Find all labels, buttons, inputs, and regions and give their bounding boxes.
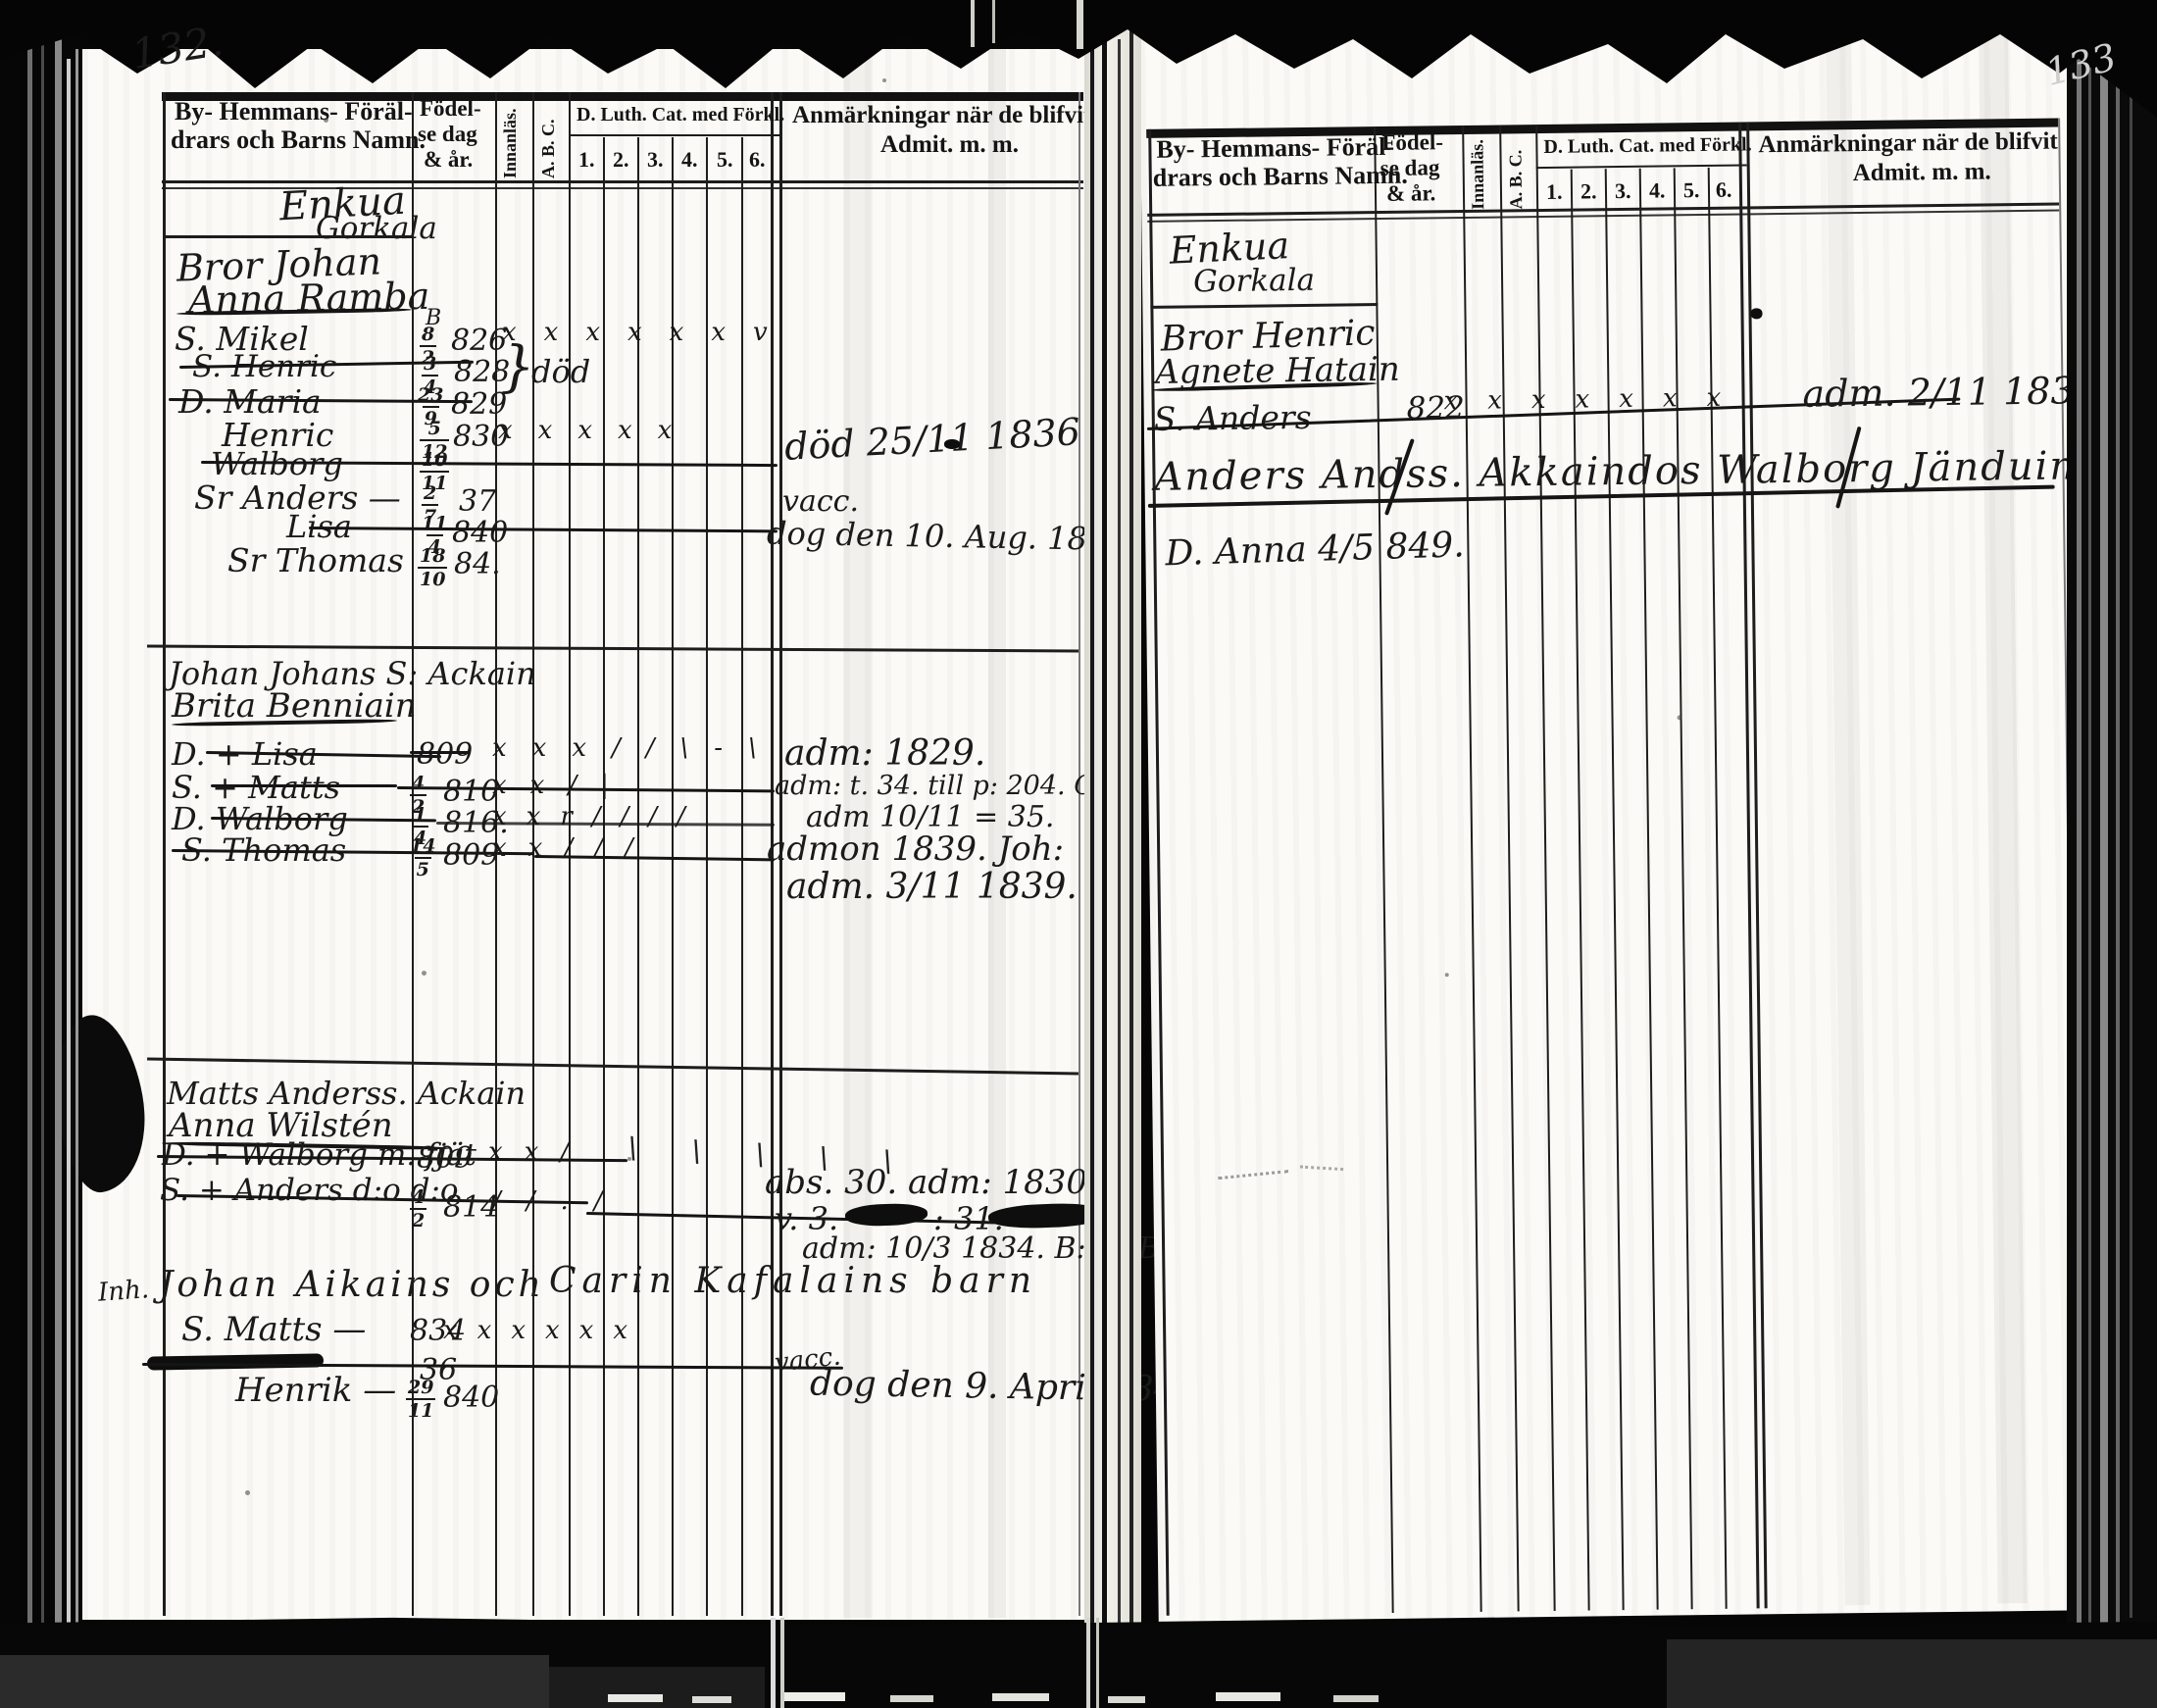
col-header-birth: se dag [418, 122, 477, 147]
annotation: adm: t. 34. till p: 204. C.B: [775, 771, 1129, 801]
catechism-marks: xx/ [488, 1137, 590, 1167]
child-name: S. Anders [1154, 398, 1312, 438]
top-gutter-streak [1077, 0, 1083, 49]
col-header-names: drars och Barns Namn. [1153, 161, 1408, 193]
cat-label-rule [569, 134, 779, 136]
right-page: By- Hemmans- Föräl- drars och Barns Namn… [1139, 24, 2088, 1621]
child-name: Sr Thomas [227, 541, 404, 579]
death-note: död [531, 353, 590, 390]
birth-year: 809 [443, 838, 499, 873]
catechism-marks: xx/| [492, 771, 632, 800]
cat-col-2: 2. [613, 147, 629, 173]
village-name: Gorkala [1193, 263, 1315, 300]
date-num: 3 [424, 353, 436, 375]
col-header-notes: Admit. m. m. [880, 131, 1019, 159]
birth-year: 84. [454, 547, 501, 581]
col-header-catechism: D. Luth. Cat. med Förkl. [577, 104, 784, 126]
right-edge-pages [2077, 29, 2082, 1637]
date-num: 2 [424, 482, 436, 504]
birth-year: 810 [443, 775, 499, 809]
pencil-squiggle [1218, 1170, 1288, 1180]
bottom-white-dash [1216, 1692, 1280, 1701]
left-edge-pages [75, 49, 78, 1637]
birth-date: 1810 [418, 545, 447, 590]
col-header-names: By- Hemmans- Föräl- [175, 97, 413, 126]
annotation: adm. 3/11 1839. [786, 867, 1078, 907]
right-page-shade [1979, 25, 2028, 1603]
col-header-notes: Anmärkningar när de blifvit [1758, 128, 2058, 160]
cat-col-3: 3. [1615, 178, 1631, 204]
bottom-fold-streak [771, 1618, 776, 1708]
right-edge-pages [2116, 29, 2120, 1637]
birth-year: 826 [451, 324, 507, 358]
col-rule [672, 137, 674, 1616]
annotation: dog den 10. Aug. 1840. [767, 515, 1137, 559]
catechism-marks: xxxxxx [443, 1316, 647, 1345]
bottom-gutter-streak [1086, 1618, 1090, 1708]
col-rule [1535, 125, 1556, 1611]
right-edge-pages [2088, 20, 2091, 1647]
annotation: vacc. [782, 484, 859, 519]
speck [324, 118, 328, 123]
bottom-white-dash [1108, 1696, 1145, 1703]
birth-year: 840 [443, 1381, 499, 1415]
annotation: dog den 9. April 1840. [810, 1363, 1210, 1410]
col-rule [1499, 125, 1520, 1611]
col-rule [637, 137, 639, 1616]
annotation: adm: 1829. [784, 733, 985, 774]
gutter-crease [1118, 39, 1121, 1696]
gutter-crease [1090, 29, 1094, 1708]
date-num: 10 [422, 449, 447, 471]
family-header-prefix: Inh. [97, 1275, 150, 1308]
cat-col-5: 5. [717, 147, 733, 173]
date-num: 4 [412, 1186, 425, 1208]
left-edge-pages [41, 20, 44, 1686]
speck [245, 1490, 250, 1495]
speck [882, 78, 886, 82]
cat-col-6: 6. [1716, 177, 1732, 203]
strikethrough [211, 784, 397, 787]
date-num: 1 [414, 804, 426, 826]
col-rule [1462, 126, 1482, 1612]
col-header-names: drars och Barns Namn. [171, 126, 426, 155]
cat-col-6: 6. [749, 147, 766, 173]
catechism-marks: //./ [492, 1186, 628, 1216]
top-gutter-streak [992, 0, 995, 43]
pencil-squiggle [1300, 1166, 1343, 1172]
col-header-notes: Admit. m. m. [1853, 158, 1991, 187]
birth-year: 814 [443, 1190, 499, 1225]
top-gutter-streak [971, 0, 975, 47]
section-rule [1150, 303, 1378, 309]
col-header-reading: Innanläs. [500, 96, 521, 178]
date-num: 4 [412, 773, 425, 794]
catechism-marks: xxxxxxx [1443, 382, 1750, 416]
col-header-abc: A. B. C. [538, 96, 559, 178]
strikethrough [410, 751, 469, 754]
page-left-border [163, 92, 166, 1616]
cat-col-4: 4. [1649, 177, 1666, 203]
catechism-marks: xxxxxxv [502, 318, 795, 347]
bottom-gutter-streak [1096, 1618, 1099, 1708]
child-entry: D. Anna 4/5 849. [1165, 525, 1465, 574]
date-num: 5 [428, 418, 441, 439]
left-edge-pages [27, 29, 32, 1677]
birth-year: 809 [417, 737, 473, 772]
left-edge-pages [67, 59, 71, 1628]
cat-col-4: 4. [681, 147, 698, 173]
catechism-marks: xxx//\-\ [492, 733, 782, 763]
birth-year: 840 [452, 516, 508, 550]
speck [422, 971, 426, 976]
child-name: S. Matts — [181, 1310, 366, 1349]
col-header-names: By- Hemmans- Föräl- [1156, 132, 1394, 165]
col-header-catechism: D. Luth. Cat. med Förkl. [1543, 133, 1751, 159]
bottom-noise [0, 1655, 549, 1708]
col-header-notes: Anmärkningar när de blifvit [792, 102, 1091, 129]
bottom-noise [1667, 1639, 2157, 1708]
child-name: Henrik — [235, 1371, 396, 1410]
date-den: 10 [418, 567, 447, 590]
cat-col-3: 3. [647, 147, 664, 173]
cat-col-1: 1. [578, 147, 595, 173]
speck [627, 1157, 631, 1161]
annotation: adm. 2/11 1839. [1802, 369, 2110, 416]
birth-date: 42 [410, 1186, 426, 1231]
ink-blot [944, 439, 960, 449]
date-num: 8 [422, 324, 434, 345]
bottom-white-dash [890, 1695, 933, 1702]
annotation: abs. 30. adm: 1830. [765, 1163, 1098, 1202]
col-header-birth: se dag [1380, 155, 1440, 181]
right-page-shade [1826, 26, 1871, 1605]
date-den: 2 [410, 1208, 426, 1231]
col-header-birth: & år. [1386, 180, 1436, 207]
gutter-crease [1129, 29, 1133, 1696]
cat-col-2: 2. [1580, 178, 1597, 204]
col-header-birth: Födel- [420, 96, 481, 122]
section-rule [165, 235, 412, 238]
annotation: admon 1839. Joh: [767, 829, 1064, 869]
ink-dot [1750, 308, 1762, 319]
cat-col-1: 1. [1546, 179, 1563, 205]
birth-year: 37 [459, 484, 496, 519]
cat-col-5: 5. [1683, 177, 1700, 203]
col-header-birth: Födel- [1381, 129, 1443, 156]
right-edge-pages [2100, 39, 2108, 1628]
catechism-marks: xxr//// [492, 802, 705, 831]
col-header-abc: A. B. C. [1505, 128, 1527, 209]
date-num: 11 [422, 513, 447, 534]
struck-family-line: Anders Andss. Akkaindos Walborg Jänduins [1154, 443, 2099, 500]
catechism-marks: xx/// [492, 833, 655, 863]
left-edge-pages [55, 39, 62, 1667]
gutter-crease [1102, 20, 1107, 1708]
birth-date: 145 [410, 835, 435, 880]
cat-label-rule [1536, 164, 1747, 169]
bottom-fold-streak [780, 1618, 784, 1708]
col-rule [706, 137, 708, 1616]
col-header-reading: Innanläs. [1467, 129, 1488, 210]
bottom-white-dash [782, 1692, 845, 1701]
birth-date: 2911 [406, 1377, 435, 1422]
date-den: 5 [415, 857, 431, 880]
speck [1678, 715, 1682, 720]
date-den: 11 [406, 1398, 435, 1422]
col-header-birth: & år. [424, 147, 473, 173]
col-rule [741, 137, 743, 1616]
date-num: 23 [418, 384, 443, 406]
catechism-marks: xxxxx [498, 416, 697, 445]
date-num: 29 [408, 1377, 433, 1398]
speck [1445, 973, 1449, 977]
book-scan: 132. By- Hemmans- Föräl- drars och Barns… [0, 0, 2157, 1708]
family-header: Carin Kafalains barn [549, 1261, 1037, 1301]
bottom-white-dash [608, 1694, 663, 1702]
birth-year: 809 [417, 1141, 473, 1176]
col-rule [603, 137, 605, 1616]
date-num: 14 [410, 835, 435, 857]
family-header: Johan Aikains och [159, 1265, 545, 1305]
bottom-white-dash [1333, 1695, 1379, 1702]
bottom-white-dash [692, 1696, 731, 1703]
bottom-white-dash [992, 1693, 1049, 1701]
date-num: 18 [420, 545, 445, 567]
right-edge-pages [2130, 49, 2132, 1618]
